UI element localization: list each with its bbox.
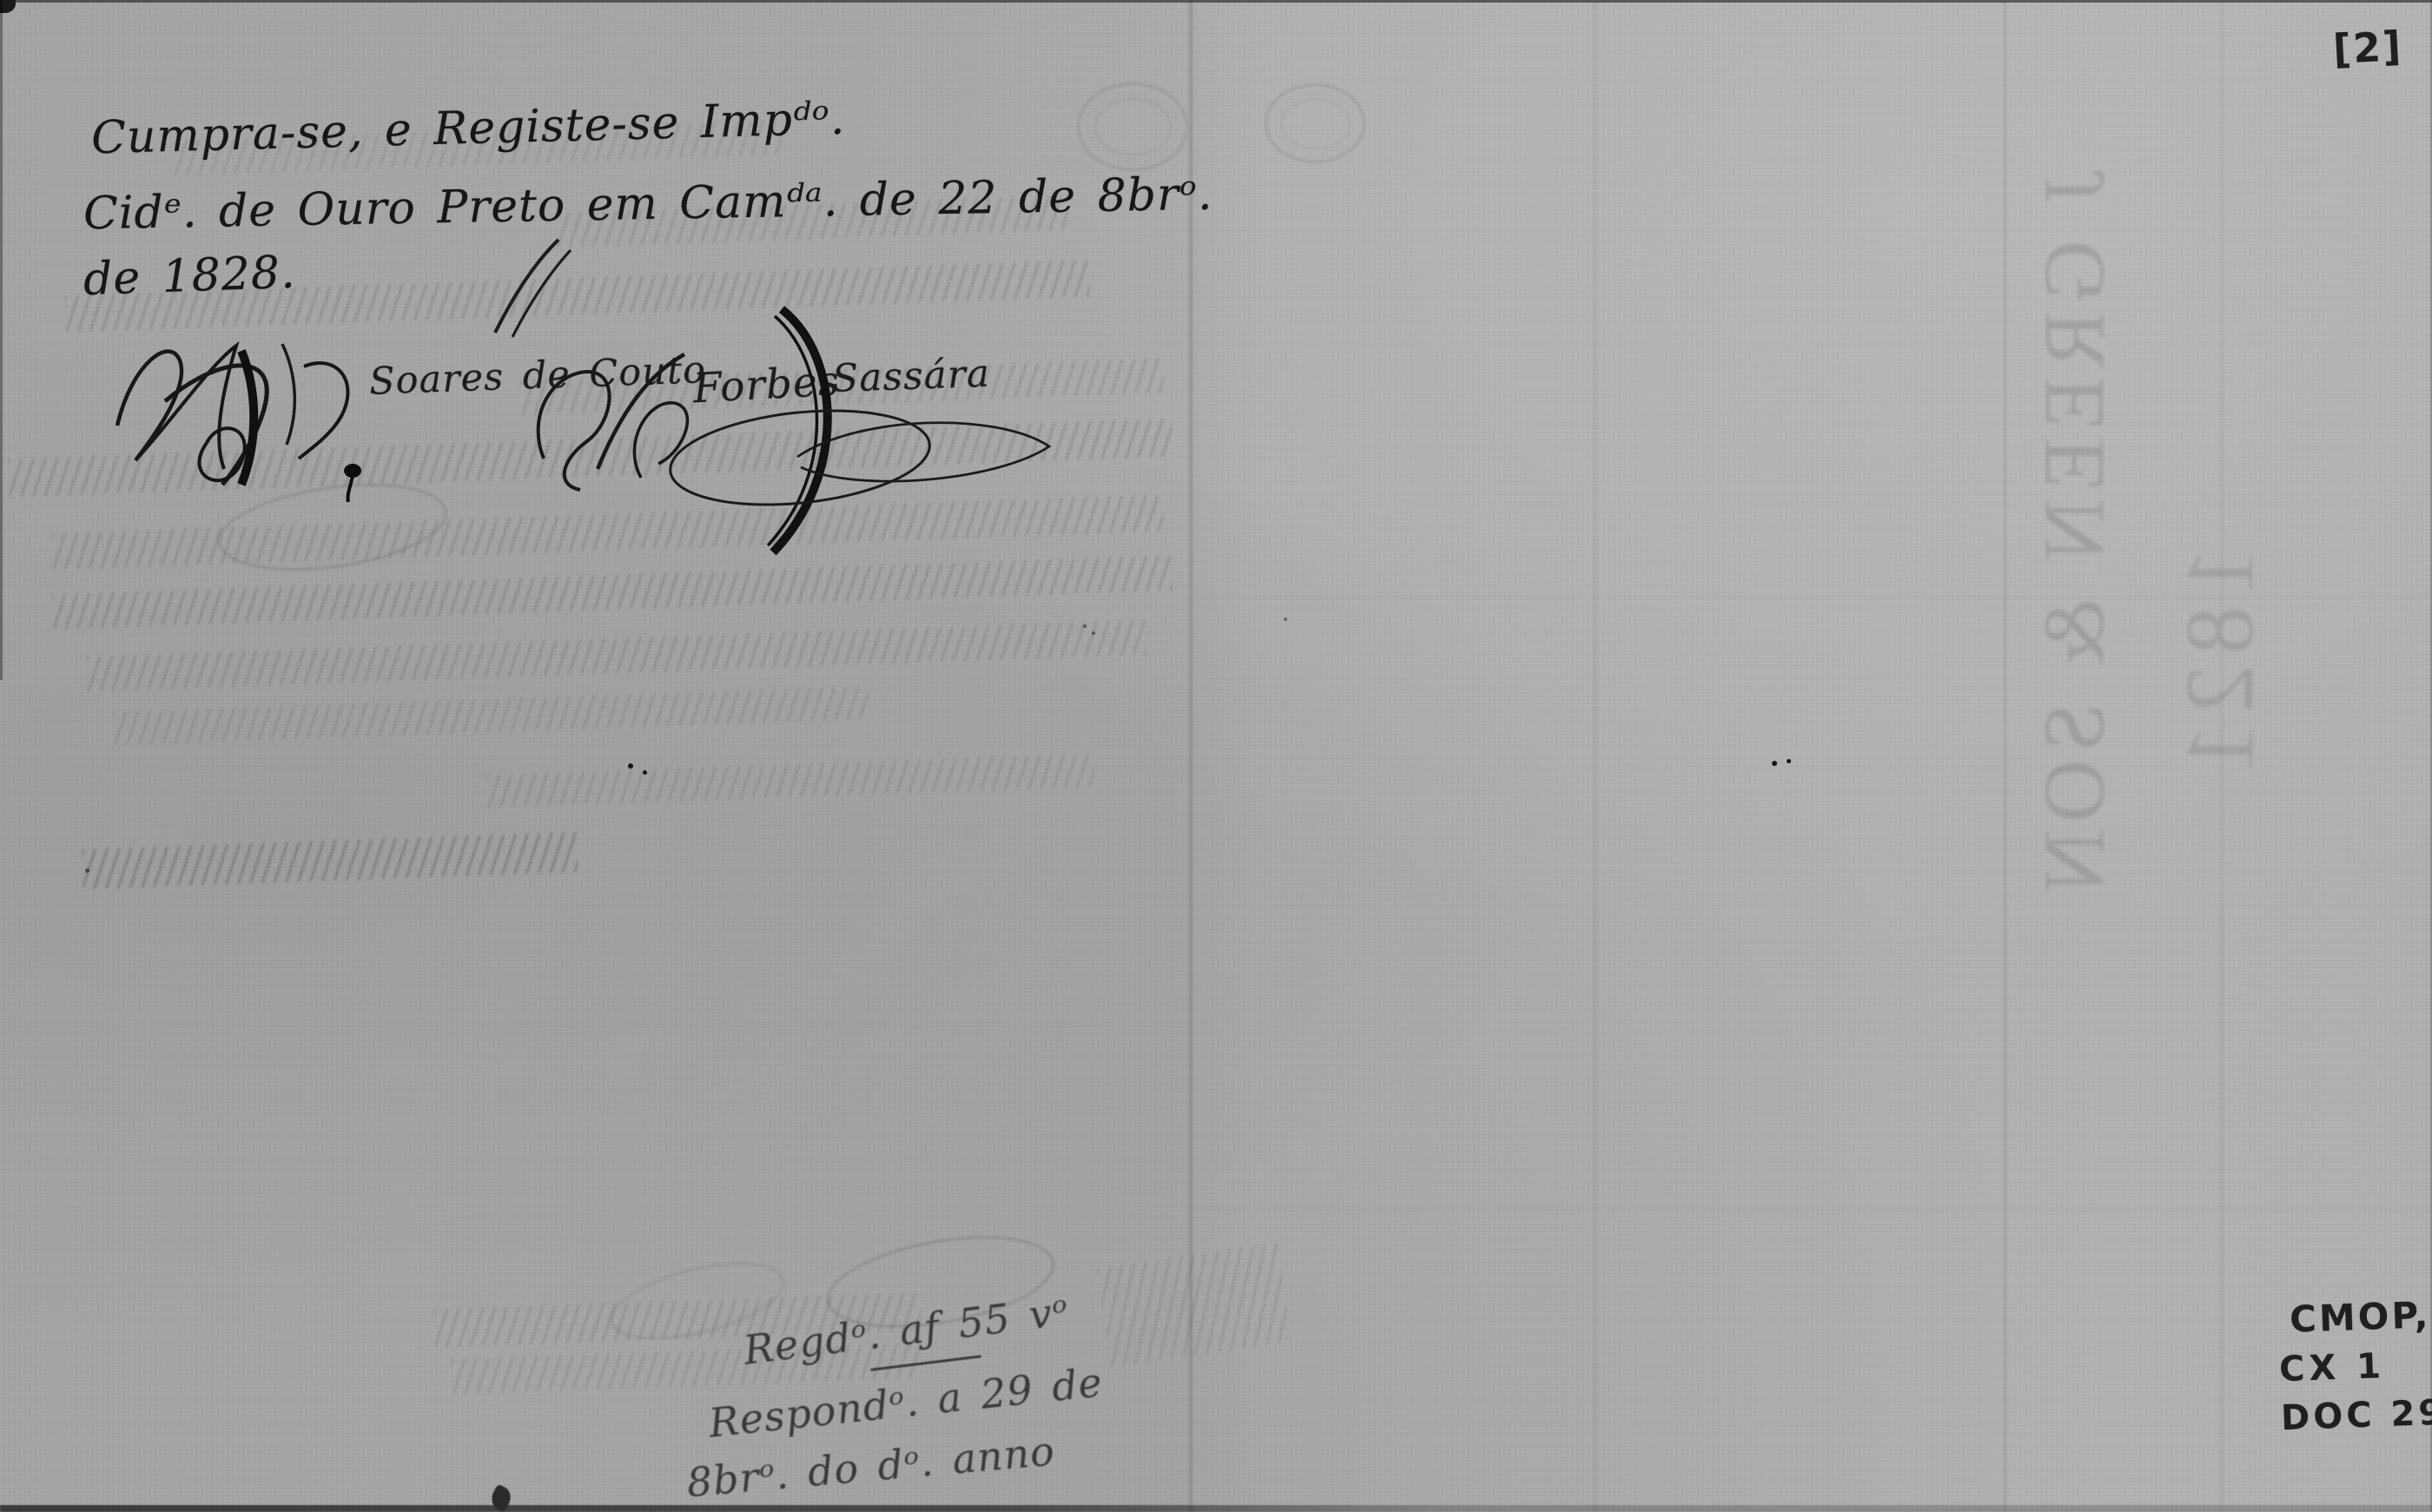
ink-speck xyxy=(1284,617,1287,621)
horizontal-crease-lower-right xyxy=(1194,1209,2432,1212)
right-fold-crease xyxy=(2003,0,2007,1512)
despacho-line-3: de 1828. xyxy=(83,247,296,306)
bleedthrough-row xyxy=(486,754,1095,808)
archive-ref-line-2: CX 1 xyxy=(2278,1344,2432,1390)
signature-sassara: Sassára xyxy=(831,352,991,401)
ink-dot xyxy=(1772,761,1777,766)
ink-speck xyxy=(1092,631,1095,635)
scan-edge-bottom xyxy=(0,1505,2432,1512)
watermark-year: 1821 xyxy=(2164,547,2277,1007)
bleedthrough-row xyxy=(1097,1243,1292,1367)
scan-edge-top xyxy=(0,0,2432,3)
bleedthrough-row xyxy=(87,620,1147,692)
secondary-fold-crease xyxy=(1593,0,1597,1512)
watermark-maker: J GREEN & SON xyxy=(2024,169,2145,1424)
archive-reference-block: CMOP, CX 1 DOC 29 xyxy=(2277,1293,2432,1439)
ink-speck xyxy=(1083,624,1087,628)
bleedthrough-row xyxy=(52,556,1173,630)
bleedthrough-row xyxy=(113,686,869,745)
underline-flourish xyxy=(789,396,1067,518)
archive-ref-line-3: DOC 29 xyxy=(2280,1393,2432,1439)
embossed-seal-inner-ring xyxy=(1094,98,1172,155)
embossed-seal-icon xyxy=(1077,83,1188,171)
archive-ref-line-1: CMOP, xyxy=(2289,1293,2432,1341)
embossed-seal-icon xyxy=(1265,83,1365,163)
ink-dot xyxy=(1787,759,1791,763)
ink-dot xyxy=(85,868,89,873)
horizontal-crease-left xyxy=(0,1027,1190,1029)
ink-dot xyxy=(628,763,633,769)
ink-dot xyxy=(643,770,647,775)
scan-edge-left xyxy=(0,0,3,680)
folio-number: [2] xyxy=(2332,23,2404,73)
bleedthrough-mirrored-line xyxy=(82,832,578,889)
rubric-signature xyxy=(104,314,378,505)
embossed-seal-inner-ring xyxy=(1280,98,1351,149)
scanned-document-page: Cumpra-se, e Registe-se Impᵈᵒ. Cidᵉ. de … xyxy=(0,0,2432,1512)
